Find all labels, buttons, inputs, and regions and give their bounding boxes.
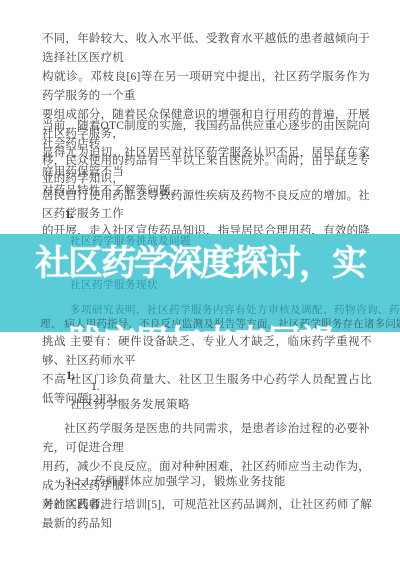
list-marker-3: 1. (91, 381, 100, 393)
heading-development-strategy: 社区药学服务发展策略 (70, 396, 190, 412)
paragraph-pharmacist-training: 对社区药师进行培训[5]，可规范社区药品调剂，让社区药师了解最新的药品知 (42, 496, 372, 534)
heading-3-2-1-pharmacist-training: 3.2.1 药师群体应加强学习，锻炼业务技能 (65, 473, 286, 489)
banner-title-text: 社区药学深度探讨，实 践应用与未来展望 (0, 244, 400, 332)
banner-title-line1: 社区药学深度探讨，实 (35, 244, 365, 283)
title-banner: 社区药学服务挑战及问题 社区药学服务现状 多项研究表明，社区药学服务内容有处方审… (0, 234, 400, 332)
list-marker-1: 1. (65, 207, 74, 222)
document-page: 不同，年龄较大、收入水平低、受教育水平越低的患者越倾向于选择社区医疗机 构就诊。… (0, 0, 400, 566)
banner-title-line2: 践应用与未来展望 (68, 324, 332, 332)
list-marker-2: 1. (66, 368, 75, 383)
